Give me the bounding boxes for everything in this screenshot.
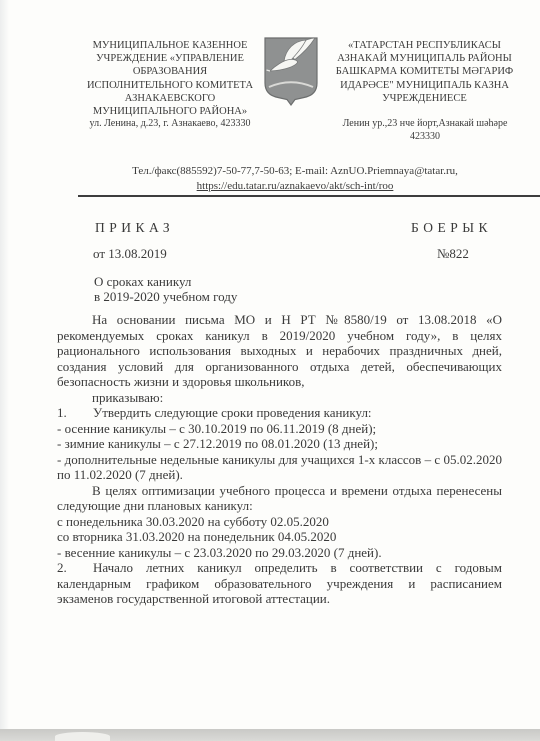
org-name-ru-line: АЗНАКАЕВСКОГО [80,92,260,105]
order-date: от 13.08.2019 [93,246,167,261]
contact-website-link: https://edu.tatar.ru/aznakaevo/akt/sch-i… [197,180,394,192]
holiday-line-spring: - весенние каникулы – с 23.03.2020 по 29… [57,545,502,561]
org-name-tt-line: УЧРЕЖДЕНИЕСЕ [322,92,527,105]
org-name-russian: МУНИЦИПАЛЬНОЕ КАЗЕННОЕ УЧРЕЖДЕНИЕ «УПРАВ… [80,39,260,118]
item-1: 1.Утвердить следующие сроки проведения к… [57,405,502,421]
org-address-tatar: Ленин ур.,23 нче йорт,Азнакай шәһәре 423… [325,117,525,143]
order-title-tatar: БОЕРЫК [411,220,492,236]
order-number: №822 [437,246,469,262]
item-1-text: Утвердить следующие сроки проведения кан… [93,405,372,420]
org-address-tt-line: Ленин ур.,23 нче йорт,Азнакай шәһәре [325,117,525,130]
transfer-line: с понедельника 30.03.2020 на субботу 02.… [57,514,502,530]
transfer-line: со вторника 31.03.2020 на понедельник 04… [57,529,502,545]
item-2-number: 2. [57,560,93,576]
transfer-intro: В целях оптимизации учебного процесса и … [57,483,502,514]
org-address-ru-line: ул. Ленина, д.23, г. Азнакаево, 423330 [62,117,278,130]
preamble-paragraph: На основании письма МО и Н РТ №8580/19 о… [57,312,502,390]
header-divider [78,195,540,197]
org-name-tt-line: АЗНАКАЙ МУНИЦИПАЛЬ РАЙОНЫ [322,52,527,65]
item-2: 2.Начало летних каникул определить в соо… [57,560,502,607]
holiday-line-autumn: - осенние каникулы – с 30.10.2019 по 06.… [57,421,502,437]
org-name-ru-line: МУНИЦИПАЛЬНОЕ КАЗЕННОЕ [80,39,260,52]
org-name-tatar: «ТАТАРСТАН РЕСПУБЛИКАСЫ АЗНАКАЙ МУНИЦИПА… [322,39,527,105]
order-subject-line: в 2019-2020 учебном году [94,290,237,305]
aznakayevo-coat-of-arms-icon [261,34,321,108]
item-2-text: Начало летних каникул определить в соотв… [57,560,502,606]
holiday-line-first-grade: - дополнительные недельные каникулы для … [57,452,502,483]
scanned-document: МУНИЦИПАЛЬНОЕ КАЗЕННОЕ УЧРЕЖДЕНИЕ «УПРАВ… [0,0,540,741]
item-1-number: 1. [57,405,93,421]
directive-word: приказываю: [57,390,502,406]
scan-edge-artifact-blob [55,732,110,741]
contact-phone-email: Тел./факс(885592)7-50-77,7-50-63; E-mail… [55,164,535,179]
org-address-russian: ул. Ленина, д.23, г. Азнакаево, 423330 [62,117,278,130]
order-body: На основании письма МО и Н РТ №8580/19 о… [57,312,502,607]
order-subject-line: О сроках каникул [94,275,237,290]
order-subject: О сроках каникул в 2019-2020 учебном год… [94,275,237,305]
org-address-tt-line: 423330 [325,130,525,143]
org-name-tt-line: «ТАТАРСТАН РЕСПУБЛИКАСЫ [322,39,527,52]
scan-edge-artifact-left [0,0,9,741]
org-name-ru-line: ОБРАЗОВАНИЯ [80,65,260,78]
org-name-ru-line: ИСПОЛНИТЕЛЬНОГО КОМИТЕТА [80,79,260,92]
contact-block: Тел./факс(885592)7-50-77,7-50-63; E-mail… [55,164,535,193]
scan-edge-artifact-bottom [0,729,540,741]
org-name-tt-line: БАШКАРМА КОМИТЕТЫ МӘГАРИФ [322,65,527,78]
holiday-line-winter: - зимние каникулы – с 27.12.2019 по 08.0… [57,436,502,452]
org-name-tt-line: ИДАРӘСЕ" МУНИЦИПАЛЬ КАЗНА [322,79,527,92]
order-title-russian: ПРИКАЗ [95,220,174,236]
org-name-ru-line: УЧРЕЖДЕНИЕ «УПРАВЛЕНИЕ [80,52,260,65]
